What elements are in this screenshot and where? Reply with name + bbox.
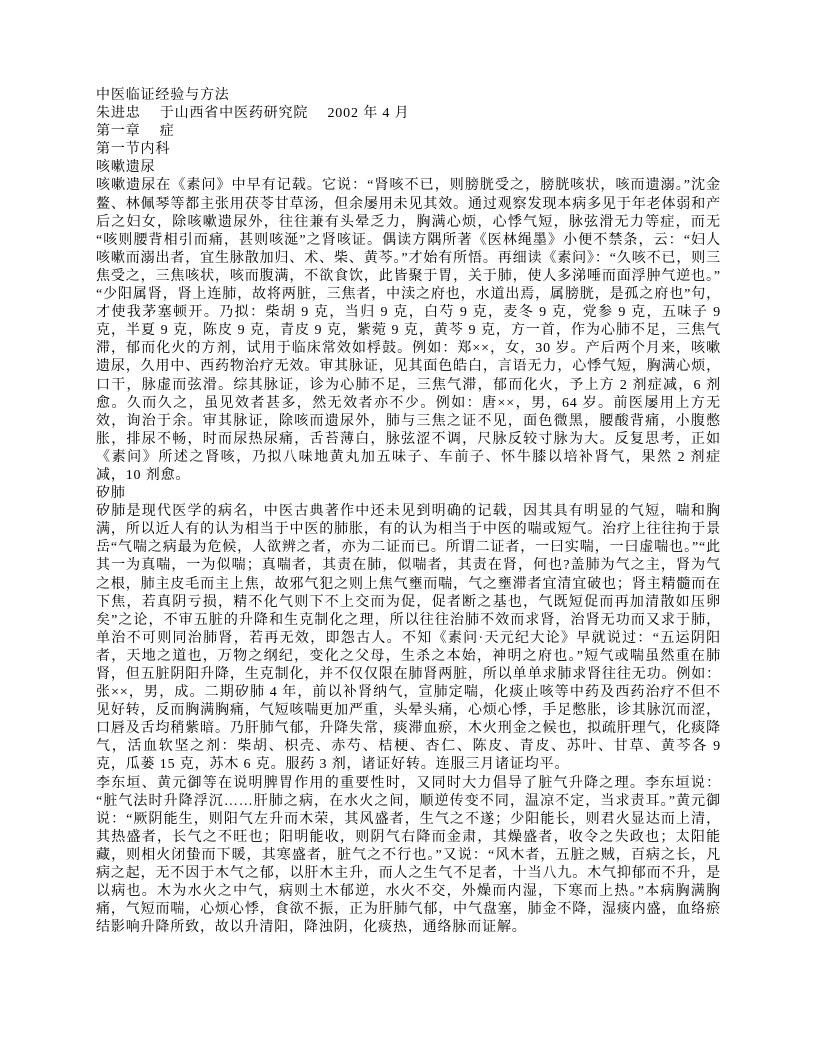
section-heading: 第一节内科 xyxy=(96,141,721,159)
entry-paragraph-xifei-1: 矽肺是现代医学的病名，中医古典著作中还未见到明确的记载，因其具有明显的气短，喘和… xyxy=(96,503,721,774)
document-content: 中医临证经验与方法 朱进忠 于山西省中医药研究院 2002 年 4 月 第一章 … xyxy=(96,87,721,937)
entry-heading-xifei: 矽肺 xyxy=(96,485,721,503)
document-title: 中医临证经验与方法 xyxy=(96,87,721,105)
entry-heading-kesou-yiniao: 咳嗽遗尿 xyxy=(96,159,721,177)
chapter-heading: 第一章 症 xyxy=(96,123,721,141)
author-line: 朱进忠 于山西省中医药研究院 2002 年 4 月 xyxy=(96,105,721,123)
entry-paragraph-kesou-yiniao: 咳嗽遗尿在《素问》中早有记载。它说：“肾咳不已，则膀胱受之，膀胱咳状，咳而遗溺。… xyxy=(96,177,721,485)
entry-paragraph-xifei-2: 李东垣、黄元御等在说明脾胃作用的重要性时，又同时大力倡导了脏气升降之理。李东垣说… xyxy=(96,775,721,938)
document-page: 中医临证经验与方法 朱进忠 于山西省中医药研究院 2002 年 4 月 第一章 … xyxy=(0,0,816,1056)
